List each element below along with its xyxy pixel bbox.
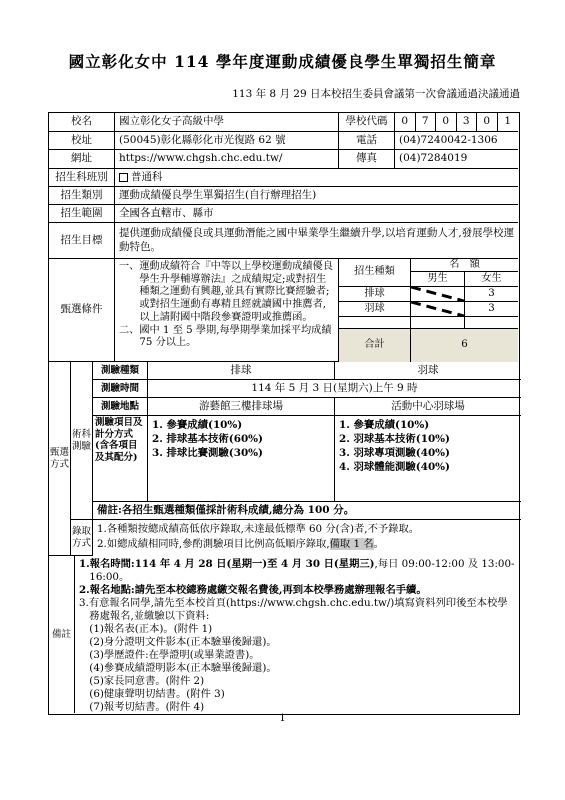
test-type-badminton: 羽球 xyxy=(335,362,521,380)
quota-empty-female xyxy=(465,317,518,329)
practical-test-note: 備註:各招生甄選種類僅採計術科成績,總分為 100 分。 xyxy=(93,502,521,520)
required-document: (3)學歷證件:在學證明(或畢業證書)。 xyxy=(79,649,516,662)
quota-type-header: 招生種類 xyxy=(339,259,411,287)
school-info-section: 校名 國立彰化女子高級中學 學校代碼 0 7 0 3 0 1 校址 (50045… xyxy=(49,113,519,169)
required-document: (4)參賽成績證明影本(正本驗畢後歸還)。 xyxy=(79,662,516,675)
scope-value: 全國各直轄市、縣市 xyxy=(115,205,518,223)
general-class-option-label: 普通科 xyxy=(131,171,163,184)
address-value: (50045)彰化縣彰化市光復路 62 號 xyxy=(115,132,339,150)
badminton-item: 2. 羽球基本技術(10%) xyxy=(339,432,519,446)
notes-section: 備註 1.報名時間:114 年 4 月 28 日(星期一)至 4 月 30 日(… xyxy=(49,556,519,713)
diagonal-line-icon xyxy=(411,287,464,301)
quota-female-header: 女生 xyxy=(465,272,518,287)
notes-item-1: 1.報名時間:114 年 4 月 28 日(星期一)至 4 月 30 日(星期三… xyxy=(79,558,516,584)
notes-item-3: 3.有意報名同學,請先至本校首頁(https://www.chgsh.chc.e… xyxy=(79,597,516,623)
phone-label: 電話 xyxy=(339,132,395,150)
code-digit: 1 xyxy=(498,113,519,131)
website-label: 網址 xyxy=(49,150,115,169)
required-document: (2)身分證明文件影本(正本驗畢後歸還)。 xyxy=(79,636,516,649)
volleyball-item: 2. 排球基本技術(60%) xyxy=(152,432,332,446)
general-class-checkbox xyxy=(119,173,128,182)
selection-item-2: 2.如總成績相同時,參酌測驗項目比例高低順序錄取,備取 1 名。 xyxy=(97,537,519,552)
code-digit: 3 xyxy=(457,113,478,131)
code-digit: 7 xyxy=(416,113,437,131)
volleyball-item: 3. 排球比賽測驗(30%) xyxy=(152,446,332,460)
test-venue-label: 測驗地點 xyxy=(93,398,148,416)
quota-header: 名 額 xyxy=(411,259,518,272)
test-type-volleyball: 排球 xyxy=(148,362,335,380)
category-value: 運動成績優良學生單獨招生(自行辦理招生) xyxy=(115,187,518,205)
quota-row-male-na xyxy=(411,302,465,317)
goal-label: 招生目標 xyxy=(49,223,115,259)
criteria-section: 甄選條件 一、運動成績符合『中等以上學校運動成績優良學生升學輔導辦法』之成績規定… xyxy=(49,259,519,362)
test-time-label: 測驗時間 xyxy=(93,380,148,398)
scope-label: 招生範圍 xyxy=(49,205,115,223)
quota-total-value: 6 xyxy=(411,329,518,362)
criteria-label: 甄選條件 xyxy=(49,259,115,362)
criteria-content: 一、運動成績符合『中等以上學校運動成績優良學生升學輔導辦法』之成績規定;或對招生… xyxy=(115,259,339,362)
phone-value: (04)7240042-1306 xyxy=(395,132,518,150)
badminton-item: 1. 參賽成績(10%) xyxy=(339,418,519,432)
document-title: 國立彰化女中 114 學年度運動成績優良學生單獨招生簡章 xyxy=(0,0,565,72)
test-items-label: 測驗項目及計分方式(含各項目及其配分) xyxy=(93,416,148,502)
address-label: 校址 xyxy=(49,132,115,150)
method-section: 甄選方式 術科測驗 測驗種類 排球 羽球 測驗時間 114 年 5 月 3 日(… xyxy=(49,362,519,556)
required-document: (7)報考切結書。(附件 4) xyxy=(79,701,516,713)
required-document: (5)家長同意書。(附件 2) xyxy=(79,675,516,688)
code-digit: 0 xyxy=(477,113,498,131)
school-code-cells: 0 7 0 3 0 1 xyxy=(395,113,518,132)
main-table: 校名 國立彰化女子高級中學 學校代碼 0 7 0 3 0 1 校址 (50045… xyxy=(48,112,520,715)
selection-item-2-end: 。 xyxy=(374,538,384,550)
school-code-label: 學校代碼 xyxy=(339,113,395,132)
notes-item-2: 2.報名地點:請先至本校總務處繳交報名費後,再到本校學務處辦理報名手續。 xyxy=(79,584,516,597)
volleyball-item: 1. 參賽成績(10%) xyxy=(152,418,332,432)
selection-content: 1.各種類按總成績高低依序錄取,未達最低標準 60 分(含)者,不予錄取。 2.… xyxy=(93,520,521,556)
quota-row-type: 羽球 xyxy=(339,302,411,317)
notes-item-1-bold: 1.報名時間:114 年 4 月 28 日(星期一)至 4 月 30 日(星期三… xyxy=(79,558,375,570)
quota-empty-type xyxy=(339,317,411,329)
practical-test-label: 術科測驗 xyxy=(71,362,93,520)
quota-row-male-na xyxy=(411,287,465,302)
notes-label: 備註 xyxy=(49,556,75,713)
diagonal-line-icon xyxy=(411,302,464,316)
fax-value: (04)7284019 xyxy=(395,150,518,169)
selection-label: 錄取方式 xyxy=(71,520,93,556)
selection-item-1: 1.各種類按總成績高低依序錄取,未達最低標準 60 分(含)者,不予錄取。 xyxy=(97,522,519,537)
quota-row-female: 3 xyxy=(465,302,518,317)
quota-empty-male xyxy=(411,317,465,329)
badminton-items: 1. 參賽成績(10%) 2. 羽球基本技術(10%) 3. 羽球專項測驗(40… xyxy=(335,416,521,502)
code-digit: 0 xyxy=(436,113,457,131)
quota-total-label: 合計 xyxy=(339,329,411,362)
school-name-label: 校名 xyxy=(49,113,115,132)
admission-section: 招生科班別 普通科 招生類別 運動成績優良學生單獨招生(自行辦理招生) 招生範圍… xyxy=(49,169,519,259)
class-type-value: 普通科 xyxy=(115,169,518,187)
school-name-value: 國立彰化女子高級中學 xyxy=(115,113,339,132)
required-document: (1)報名表(正本)。(附件 1) xyxy=(79,623,516,636)
category-label: 招生類別 xyxy=(49,187,115,205)
badminton-item: 3. 羽球專項測驗(40%) xyxy=(339,446,519,460)
quota-table: 招生種類 名 額 男生 女生 排球 3 羽球 3 xyxy=(339,259,518,362)
test-time-value: 114 年 5 月 3 日(星期六)上午 9 時 xyxy=(148,380,521,398)
fax-label: 傳真 xyxy=(339,150,395,169)
selection-item-2-text: 2.如總成績相同時,參酌測驗項目比例高低順序錄取, xyxy=(97,538,330,550)
approval-note: 113 年 8 月 29 日本校招生委員會議第一次會議通過決議通過 xyxy=(0,86,520,101)
required-document: (6)健康聲明切結書。(附件 3) xyxy=(79,688,516,701)
waitlist-highlight: 備取 1 名 xyxy=(330,538,374,550)
page-number: 1 xyxy=(0,713,565,724)
quota-male-header: 男生 xyxy=(411,272,465,287)
method-label: 甄選方式 xyxy=(49,362,71,556)
criteria-item-2: 二、國中 1 至 5 學期,每學期學業加採平均成績 75 分以上。 xyxy=(119,325,335,350)
goal-value: 提供運動成績優良或具運動潛能之國中畢業學生繼續升學,以培育運動人才,發展學校運動… xyxy=(115,223,518,259)
code-digit: 0 xyxy=(395,113,416,131)
document-page: 國立彰化女中 114 學年度運動成績優良學生單獨招生簡章 113 年 8 月 2… xyxy=(0,0,565,800)
notes-content: 1.報名時間:114 年 4 月 28 日(星期一)至 4 月 30 日(星期三… xyxy=(75,556,518,713)
test-venue-badminton: 活動中心羽球場 xyxy=(335,398,521,416)
class-type-label: 招生科班別 xyxy=(49,169,115,187)
criteria-item-1: 一、運動成績符合『中等以上學校運動成績優良學生升學輔導辦法』之成績規定;或對招生… xyxy=(119,261,335,325)
badminton-item: 4. 羽球體能測驗(40%) xyxy=(339,460,519,474)
test-venue-volleyball: 游藝館三樓排球場 xyxy=(148,398,335,416)
school-code-grid: 0 7 0 3 0 1 xyxy=(395,113,518,131)
test-type-label: 測驗種類 xyxy=(93,362,148,380)
quota-row-female: 3 xyxy=(465,287,518,302)
quota-row-type: 排球 xyxy=(339,287,411,302)
website-value: https://www.chgsh.chc.edu.tw/ xyxy=(115,150,339,169)
quota-table-cell: 招生種類 名 額 男生 女生 排球 3 羽球 3 xyxy=(339,259,518,362)
volleyball-items: 1. 參賽成績(10%) 2. 排球基本技術(60%) 3. 排球比賽測驗(30… xyxy=(148,416,335,502)
